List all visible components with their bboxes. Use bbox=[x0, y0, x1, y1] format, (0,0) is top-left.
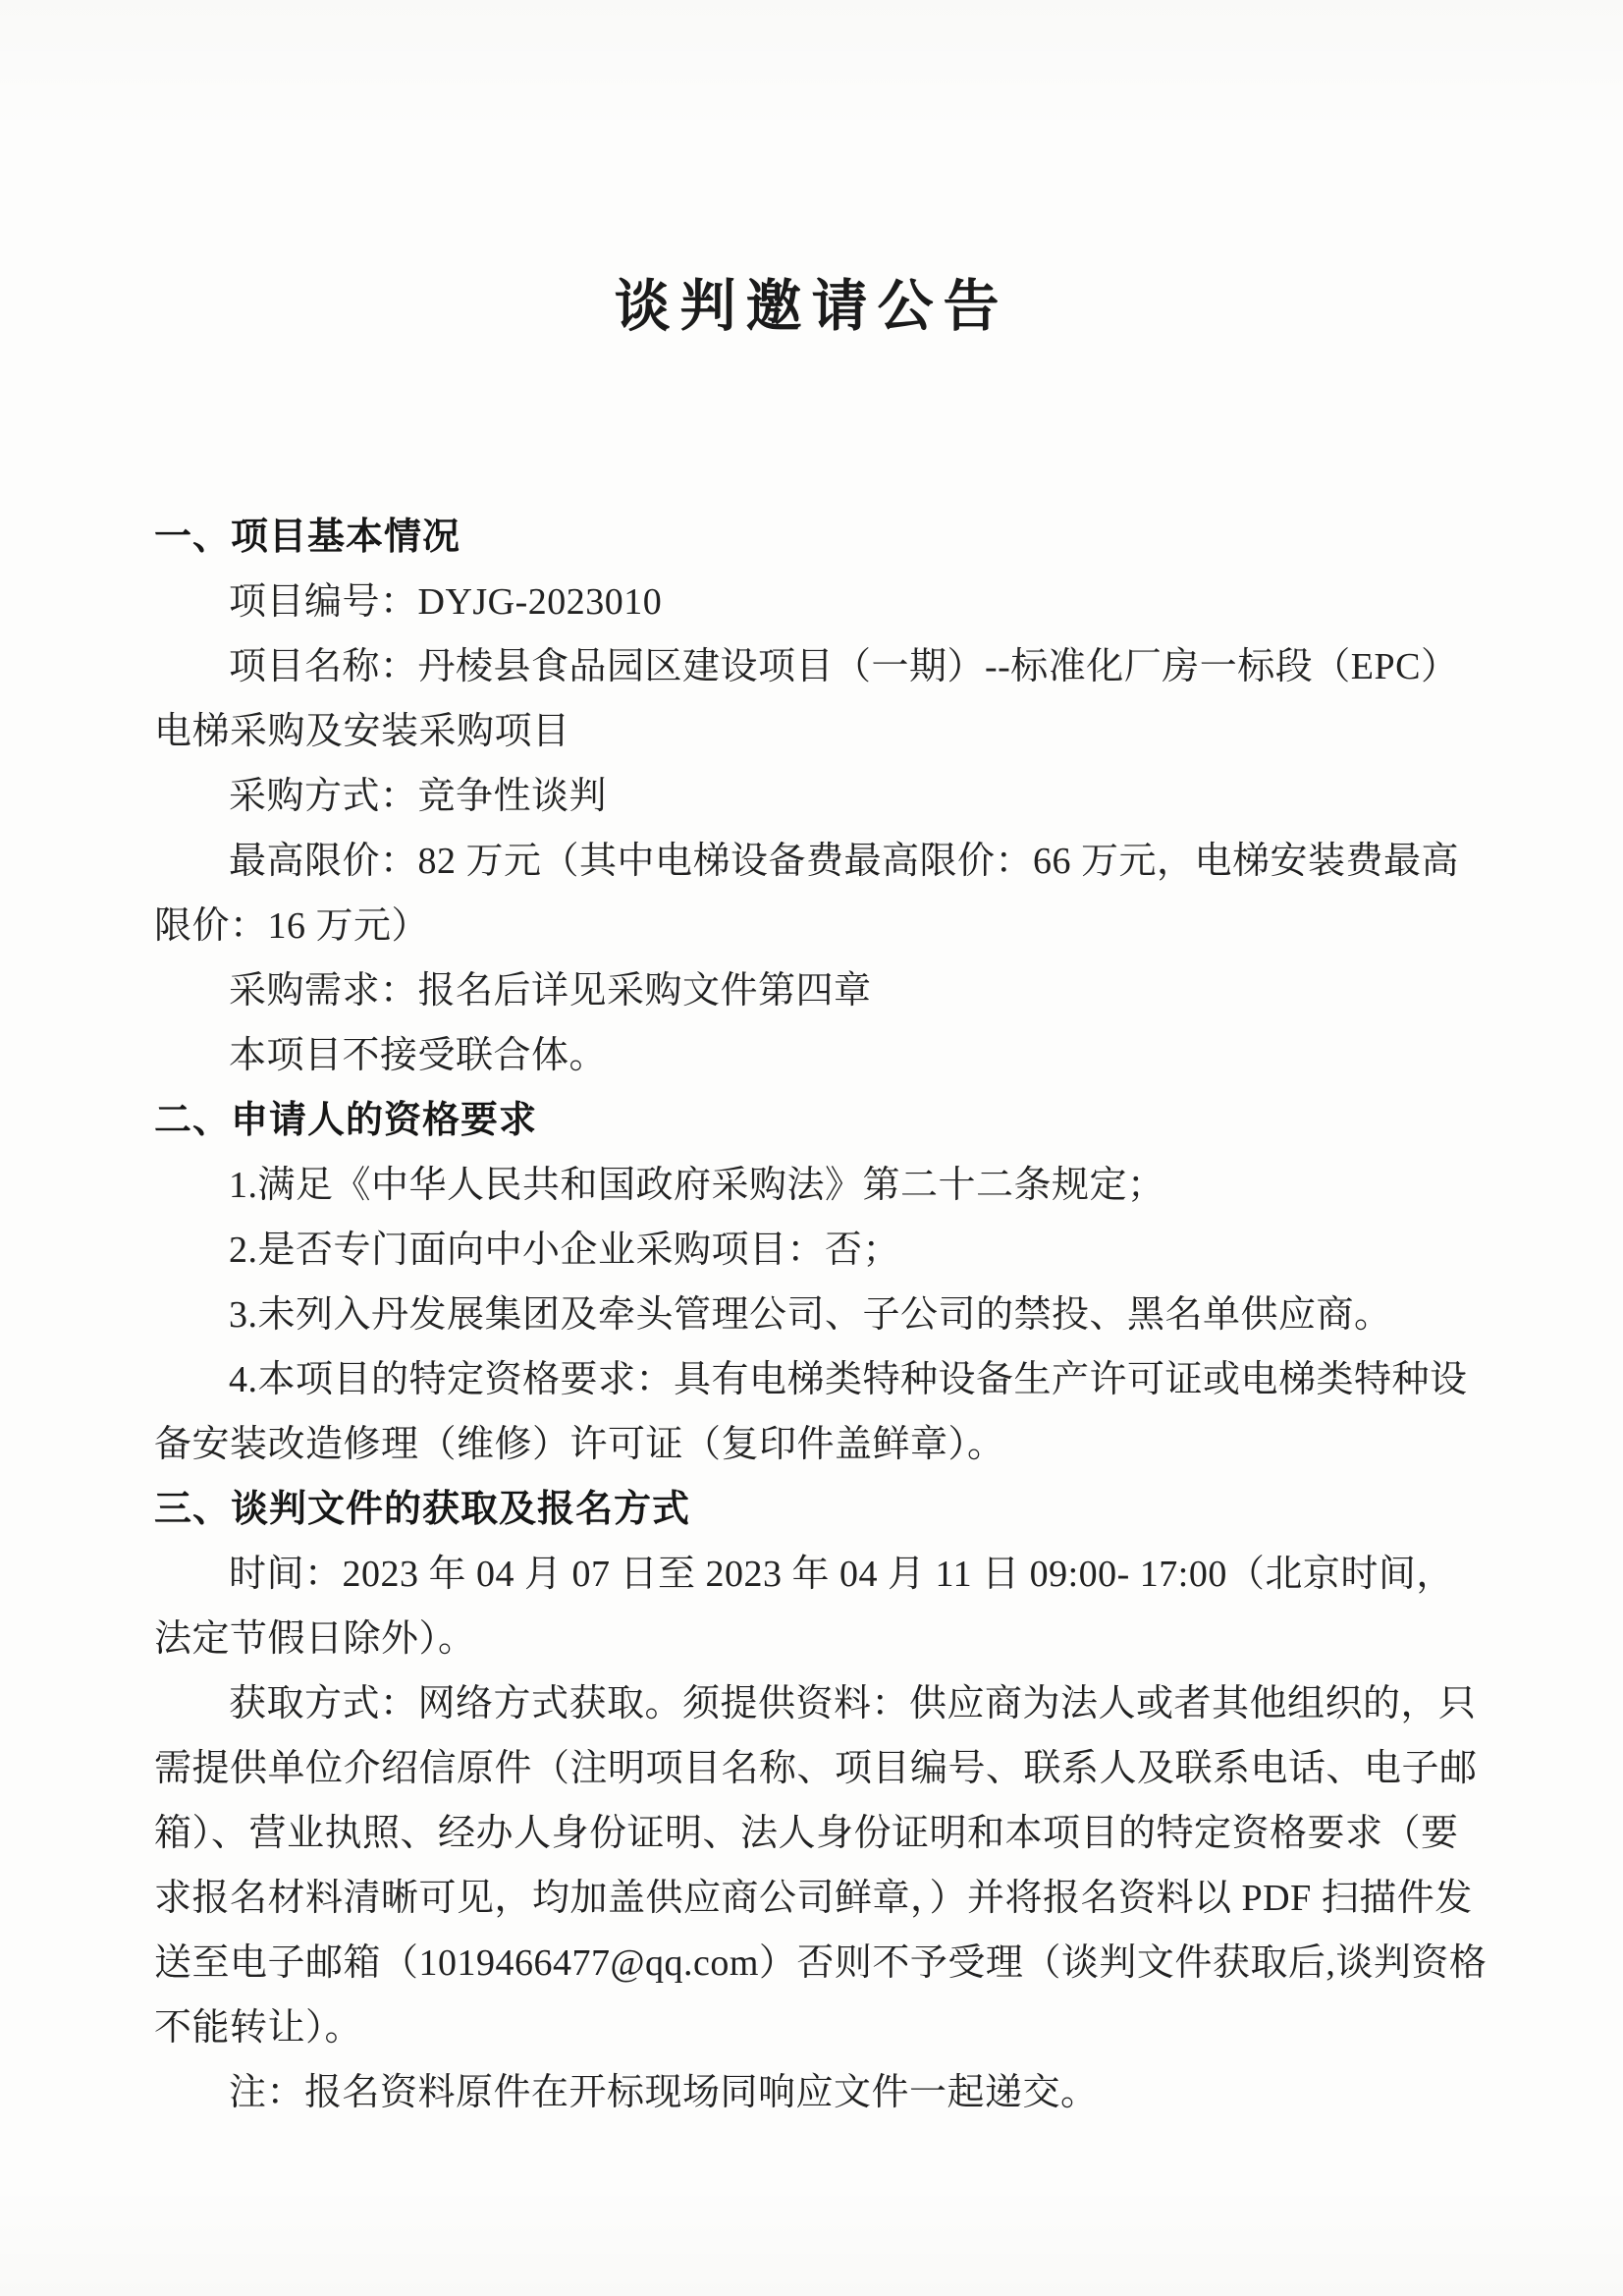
page-title: 谈判邀请公告 bbox=[0, 261, 1623, 342]
section-heading: 一、项目基本情况 bbox=[154, 505, 1475, 570]
document-line: 求报名材料清晰可见，均加盖供应商公司鲜章，）并将报名资料以 PDF 扫描件发 bbox=[154, 1866, 1475, 1931]
document-line: 备安装改造修理（维修）许可证（复印件盖鲜章）。 bbox=[154, 1412, 1475, 1477]
document-line: 采购需求：报名后详见采购文件第四章 bbox=[154, 958, 1475, 1023]
document-line: 箱）、营业执照、经办人身份证明、法人身份证明和本项目的特定资格要求（要 bbox=[154, 1801, 1475, 1866]
document-line: 2.是否专门面向中小企业采购项目：否； bbox=[154, 1218, 1475, 1283]
document-line: 采购方式：竞争性谈判 bbox=[154, 764, 1475, 829]
document-page: 谈判邀请公告 一、项目基本情况项目编号：DYJG-2023010项目名称：丹棱县… bbox=[0, 0, 1623, 2296]
document-line: 不能转让）。 bbox=[154, 1995, 1475, 2060]
document-line: 项目名称：丹棱县食品园区建设项目（一期）--标准化厂房一标段（EPC） bbox=[154, 634, 1475, 699]
document-line: 限价：16 万元） bbox=[154, 894, 1475, 958]
section-heading: 三、谈判文件的获取及报名方式 bbox=[154, 1477, 1475, 1542]
document-line: 送至电子邮箱（1019466477@qq.com）否则不予受理（谈判文件获取后,… bbox=[154, 1931, 1475, 1995]
document-line: 1.满足《中华人民共和国政府采购法》第二十二条规定； bbox=[154, 1153, 1475, 1218]
document-body: 一、项目基本情况项目编号：DYJG-2023010项目名称：丹棱县食品园区建设项… bbox=[154, 505, 1475, 2125]
document-line: 3.未列入丹发展集团及牵头管理公司、子公司的禁投、黑名单供应商。 bbox=[154, 1283, 1475, 1347]
document-line: 电梯采购及安装采购项目 bbox=[154, 699, 1475, 764]
document-line: 需提供单位介绍信原件（注明项目名称、项目编号、联系人及联系电话、电子邮 bbox=[154, 1736, 1475, 1801]
document-line: 本项目不接受联合体。 bbox=[154, 1023, 1475, 1088]
document-line: 最高限价：82 万元（其中电梯设备费最高限价：66 万元，电梯安装费最高 bbox=[154, 829, 1475, 894]
document-line: 时间：2023 年 04 月 07 日至 2023 年 04 月 11 日 09… bbox=[154, 1542, 1475, 1607]
document-line: 获取方式：网络方式获取。须提供资料：供应商为法人或者其他组织的，只 bbox=[154, 1671, 1475, 1736]
document-line: 4.本项目的特定资格要求：具有电梯类特种设备生产许可证或电梯类特种设 bbox=[154, 1347, 1475, 1412]
section-heading: 二、申请人的资格要求 bbox=[154, 1088, 1475, 1153]
document-line: 注：报名资料原件在开标现场同响应文件一起递交。 bbox=[154, 2060, 1475, 2125]
document-line: 项目编号：DYJG-2023010 bbox=[154, 570, 1475, 634]
document-line: 法定节假日除外）。 bbox=[154, 1607, 1475, 1671]
